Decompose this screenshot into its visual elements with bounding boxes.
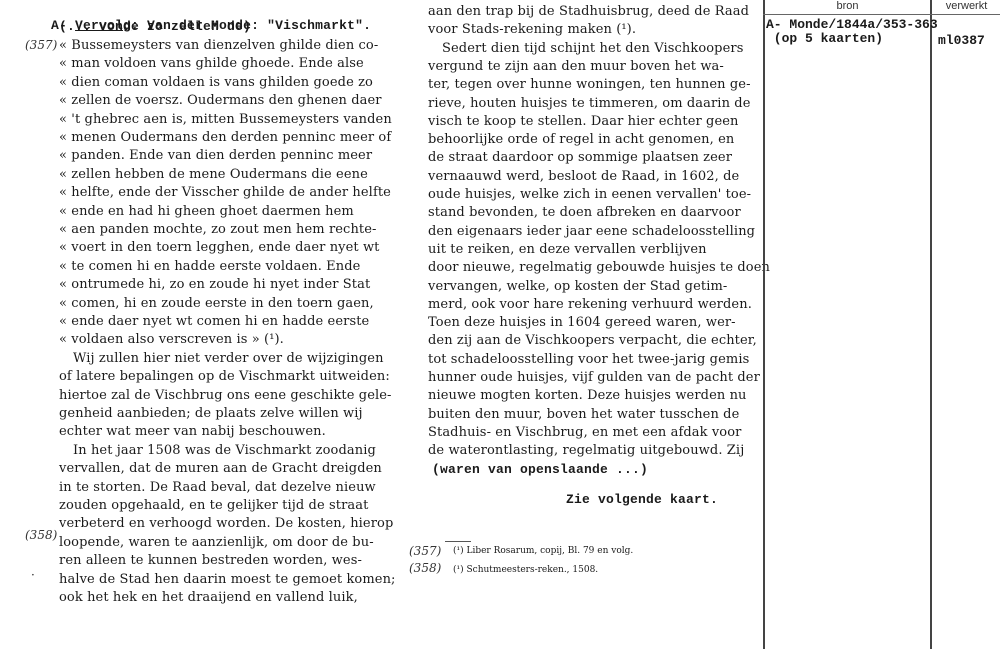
text-line: Stadhuis- en Vischbrug, en met een afdak… xyxy=(428,425,741,440)
column-header-verwerkt: verwerkt xyxy=(933,0,1000,12)
text-line: aan den trap bij de Stadhuisbrug, deed d… xyxy=(428,4,749,19)
text-line: « comen, hi en zoude eerste in den toern… xyxy=(59,296,374,311)
text-line: ook het hek en het draaijend en vallend … xyxy=(59,590,358,605)
text-line: echter wat meer van nabij beschouwen. xyxy=(59,424,326,439)
processed-id: ml0387 xyxy=(938,34,985,48)
text-line: « te comen hi en hadde eerste voldaen. E… xyxy=(59,259,360,274)
text-line: « voldaen also verscreven is » (¹). xyxy=(59,332,284,347)
text-line: visch te koop te stellen. Daar hier echt… xyxy=(428,114,739,129)
text-line: ter, tegen over hunne woningen, ten hunn… xyxy=(428,77,751,92)
text-line: de straat daardoor op sommige plaatsen z… xyxy=(428,150,732,165)
text-line: de waterontlasting, regelmatig uitgebouw… xyxy=(428,443,744,458)
text-line: « ende en had hi gheen ghoet daermen hem xyxy=(59,204,354,219)
text-line: « man voldoen vans ghilde ghoede. Ende a… xyxy=(59,56,364,71)
text-line: « helfte, ende der Visscher ghilde de an… xyxy=(59,185,391,200)
text-line: « menen Oudermans den derden penninc mee… xyxy=(59,130,391,145)
text-line: in te storten. De Raad beval, dat dezelv… xyxy=(59,480,376,495)
text-line: In het jaar 1508 was de Vischmarkt zooda… xyxy=(73,443,376,458)
text-line: hiertoe zal de Vischbrug ons eene geschi… xyxy=(59,388,392,403)
source-card-count: (op 5 kaarten) xyxy=(766,32,883,46)
text-line: stand bevonden, te doen afbreken en daar… xyxy=(428,205,741,220)
text-line: buiten den muur, boven het water tussche… xyxy=(428,407,739,422)
text-line: verbeterd en verhoogd worden. De kosten,… xyxy=(59,516,393,531)
text-line: ren alleen te kunnen bestreden worden, w… xyxy=(59,553,362,568)
text-line: behoorlijke orde of regel in acht genome… xyxy=(428,132,734,147)
text-line: den zij aan de Vischkoopers verpacht, di… xyxy=(428,333,757,348)
text-line: Toen deze huisjes in 1604 gereed waren, … xyxy=(428,315,736,330)
text-line: rieve, houten huisjes te timmeren, om da… xyxy=(428,96,751,111)
text-line: « ende daer nyet wt comen hi en hadde ee… xyxy=(59,314,369,329)
text-line: vernaauwd werd, besloot de Raad, in 1602… xyxy=(428,169,739,184)
text-line: « panden. Ende van dien derden penninc m… xyxy=(59,148,372,163)
text-line: vergund te zijn aan den muur boven het w… xyxy=(428,59,724,74)
margin-note-358: (358) xyxy=(25,528,57,542)
text-line: « dien coman voldaen is vans ghilden goe… xyxy=(59,75,373,90)
text-line: vervallen, dat de muren aan de Gracht dr… xyxy=(59,461,382,476)
footnote-1: (¹) Liber Rosarum, copij, Bl. 79 en volg… xyxy=(453,546,633,556)
text-line: « zellen hebben de mene Oudermans die ee… xyxy=(59,167,368,182)
text-line: den eigenaars ieder jaar eene schadeloos… xyxy=(428,224,755,239)
text-line: halve de Stad hen daarin moest te gemoet… xyxy=(59,572,396,587)
header-subtitle: (... vonde zo zellen de) xyxy=(59,19,251,34)
text-line: of latere bepalingen op de Vischmarkt ui… xyxy=(59,369,390,384)
typed-next-card: Zie volgende kaart. xyxy=(566,492,718,507)
text-line: « zellen de voersz. Oudermans den ghenen… xyxy=(59,93,382,108)
panel-border-left xyxy=(763,0,765,649)
text-line: hunner oude huisjes, vijf gulden van de … xyxy=(428,370,760,385)
text-line: nieuwe mogten korten. Deze huisjes werde… xyxy=(428,388,747,403)
text-line: door nieuwe, regelmatig gebouwde huisjes… xyxy=(428,260,770,275)
column-header-bron: bron xyxy=(765,0,930,12)
text-line: zouden opgehaald, en te gelijker tijd de… xyxy=(59,498,368,513)
text-line: genheid aanbieden; de plaats zelve wille… xyxy=(59,406,363,421)
margin-note-357: (357) xyxy=(25,38,57,52)
text-line: Wij zullen hier niet verder over de wijz… xyxy=(73,351,384,366)
footnote-rule xyxy=(445,541,471,542)
text-line: merd, ook voor hare rekening verhuurd we… xyxy=(428,297,752,312)
text-line: voor Stads-rekening maken (¹). xyxy=(428,22,636,37)
panel-divider xyxy=(930,0,932,649)
text-line: « Bussemeysters van dienzelven ghilde di… xyxy=(59,38,378,53)
text-line: « voert in den toern legghen, ende daer … xyxy=(59,240,380,255)
text-line: tot schadeloosstelling voor het twee-jar… xyxy=(428,352,749,367)
text-line: « 't ghebrec aen is, mitten Bussemeyster… xyxy=(59,112,392,127)
text-line: « ontrumede hi, zo en zoude hi nyet inde… xyxy=(59,277,370,292)
typed-continuation: (waren van openslaande ...) xyxy=(432,462,648,477)
footnote-margin-358: (358) xyxy=(409,561,441,575)
footnote-margin-357: (357) xyxy=(409,544,441,558)
text-line: « aen panden mochte, zo zout men hem rec… xyxy=(59,222,377,237)
text-line: Sedert dien tijd schijnt het den Vischko… xyxy=(442,41,744,56)
footnote-2: (¹) Schutmeesters-reken., 1508. xyxy=(453,565,598,575)
text-line: oude huisjes, welke zich in eenen verval… xyxy=(428,187,751,202)
panel-header-rule xyxy=(763,14,1000,15)
text-line: uit te reiken, en deze vervallen verblij… xyxy=(428,242,707,257)
source-reference: A- Monde/1844a/353-363 xyxy=(766,18,938,32)
margin-dot: · xyxy=(31,568,35,582)
text-line: vervangen, welke, op kosten der Stad get… xyxy=(428,279,727,294)
text-line: loopende, waren te aanzienlijk, om door … xyxy=(59,535,374,550)
